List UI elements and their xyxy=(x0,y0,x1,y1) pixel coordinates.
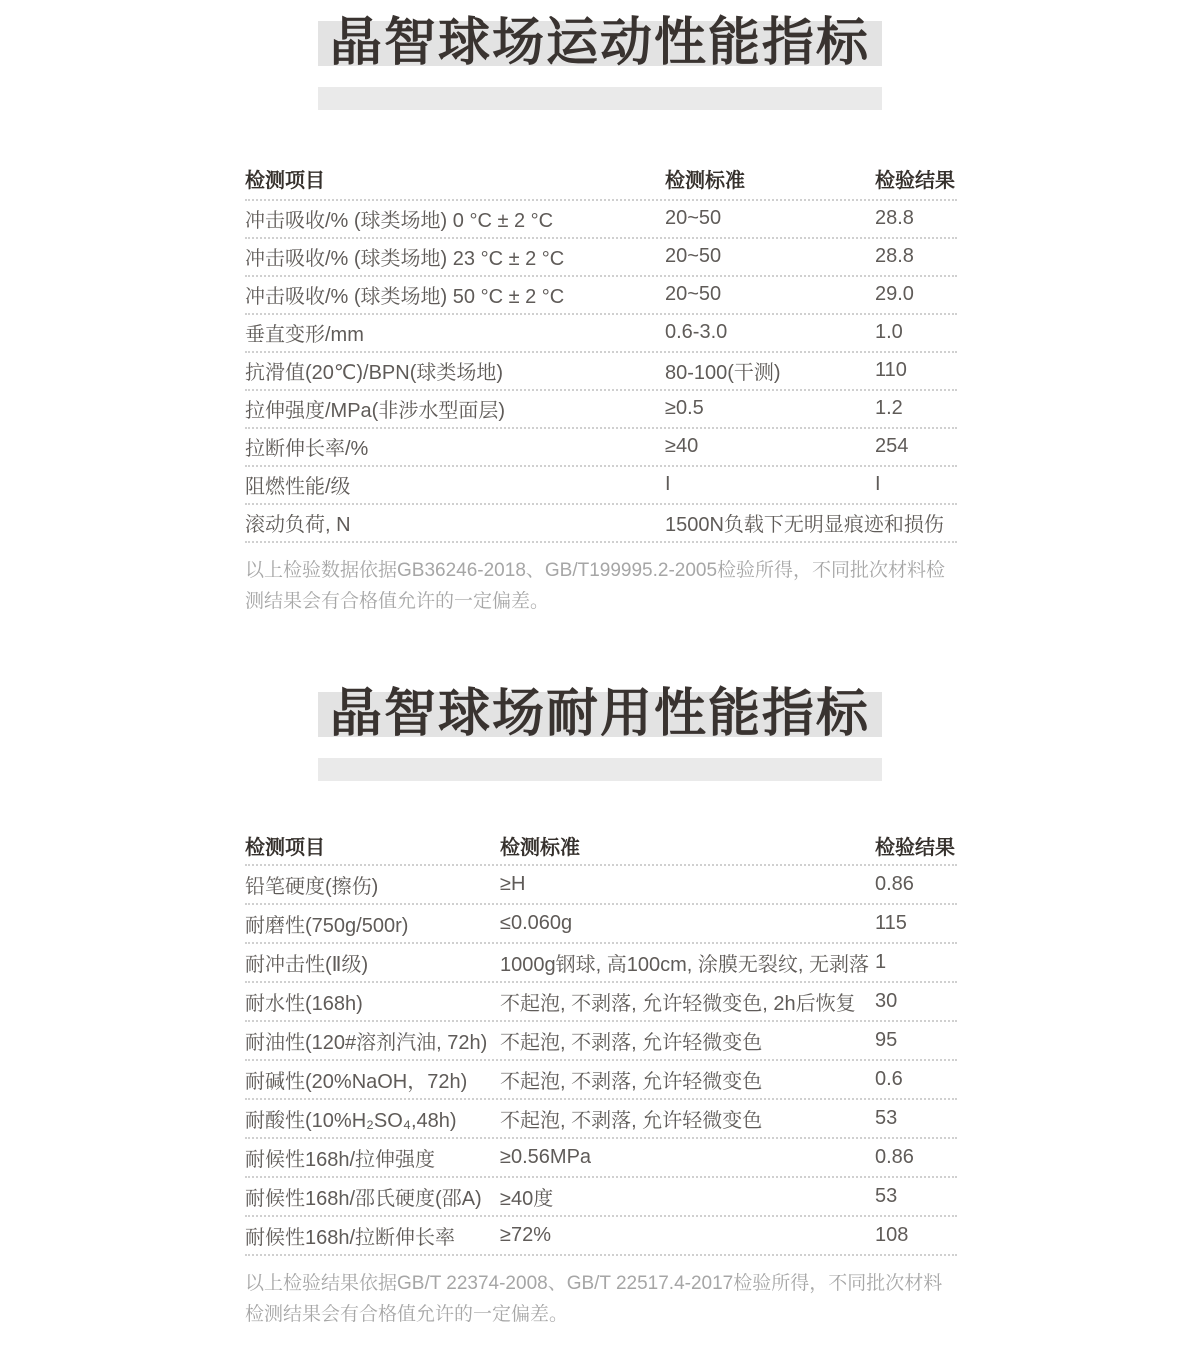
item-cell: 耐水性(168h) xyxy=(245,987,500,1016)
table-row: 拉伸强度/MPa(非涉水型面层) ≥0.5 1.2 xyxy=(245,391,957,429)
standard-cell: 1000g钢球, 高100cm, 涂膜无裂纹, 无剥落 xyxy=(500,948,875,977)
spec-sheet-page: { "colors": { "title_text": "#393330", "… xyxy=(0,0,1200,1355)
header-standard: 检测标准 xyxy=(500,831,875,860)
item-cell: 耐磨性(750g/500r) xyxy=(245,909,500,938)
item-cell: 耐候性168h/邵氏硬度(邵A) xyxy=(245,1182,500,1211)
item-cell: 滚动负荷, N xyxy=(245,508,665,537)
item-cell: 冲击吸收/% (球类场地) 23 °C ± 2 °C xyxy=(245,242,665,271)
item-cell: 冲击吸收/% (球类场地) 0 °C ± 2 °C xyxy=(245,204,665,233)
result-cell: 95 xyxy=(875,1029,957,1052)
result-cell: 0.6 xyxy=(875,1068,957,1091)
result-cell: 1 xyxy=(875,951,957,974)
item-cell: 拉伸强度/MPa(非涉水型面层) xyxy=(245,394,665,423)
result-cell: 110 xyxy=(875,359,957,382)
header-result: 检验结果 xyxy=(875,164,957,193)
standard-cell: 0.6-3.0 xyxy=(665,321,875,344)
section2-title: 晶智球场耐用性能指标 xyxy=(318,685,882,745)
standard-cell: ≥0.5 xyxy=(665,397,875,420)
item-cell: 耐油性(120#溶剂汽油, 72h) xyxy=(245,1026,500,1055)
title-underline-bar xyxy=(318,87,882,110)
result-cell: 0.86 xyxy=(875,873,957,896)
performance-table: 检测项目 检测标准 检验结果 冲击吸收/% (球类场地) 0 °C ± 2 °C… xyxy=(245,159,957,543)
table-row: 耐磨性(750g/500r) ≤0.060g 115 xyxy=(245,905,957,944)
item-cell: 拉断伸长率/% xyxy=(245,432,665,461)
item-cell: 抗滑值(20℃)/BPN(球类场地) xyxy=(245,356,665,385)
section2-footnote: 以上检验结果依据GB/T 22374-2008、GB/T 22517.4-201… xyxy=(245,1268,959,1330)
table-row: 耐冲击性(Ⅱ级) 1000g钢球, 高100cm, 涂膜无裂纹, 无剥落 1 xyxy=(245,944,957,983)
result-cell: 1.2 xyxy=(875,397,957,420)
table-row: 耐碱性(20%NaOH，72h) 不起泡, 不剥落, 允许轻微变色 0.6 xyxy=(245,1061,957,1100)
item-cell: 铅笔硬度(擦伤) xyxy=(245,870,500,899)
item-cell: 冲击吸收/% (球类场地) 50 °C ± 2 °C xyxy=(245,280,665,309)
standard-cell: ≥0.56MPa xyxy=(500,1146,875,1169)
item-cell: 耐酸性(10%H₂SO₄,48h) xyxy=(245,1104,500,1133)
table-row: 滚动负荷, N 1500N负载下无明显痕迹和损伤 xyxy=(245,505,957,543)
table-row: 拉断伸长率/% ≥40 254 xyxy=(245,429,957,467)
standard-cell: 不起泡, 不剥落, 允许轻微变色, 2h后恢复 xyxy=(500,987,875,1016)
item-cell: 耐候性168h/拉伸强度 xyxy=(245,1143,500,1172)
result-cell: 254 xyxy=(875,435,957,458)
table-row: 耐候性168h/拉伸强度 ≥0.56MPa 0.86 xyxy=(245,1139,957,1178)
standard-cell: 不起泡, 不剥落, 允许轻微变色 xyxy=(500,1104,875,1133)
item-cell: 耐候性168h/拉断伸长率 xyxy=(245,1221,500,1250)
result-cell: 1.0 xyxy=(875,321,957,344)
standard-cell: ≤0.060g xyxy=(500,912,875,935)
section2-title-inner: 晶智球场耐用性能指标 xyxy=(318,685,882,781)
item-cell: 垂直变形/mm xyxy=(245,318,665,347)
result-cell: 115 xyxy=(875,912,957,935)
result-cell: 53 xyxy=(875,1185,957,1208)
result-cell: 29.0 xyxy=(875,283,957,306)
result-cell: 28.8 xyxy=(875,245,957,268)
result-cell: 30 xyxy=(875,990,957,1013)
standard-cell: ≥40度 xyxy=(500,1182,875,1211)
table-header-row: 检测项目 检测标准 检验结果 xyxy=(245,159,957,201)
standard-cell: 80-100(干测) xyxy=(665,356,875,385)
result-cell: 53 xyxy=(875,1107,957,1130)
result-cell: 108 xyxy=(875,1224,957,1247)
standard-cell: ≥40 xyxy=(665,435,875,458)
table-row: 抗滑值(20℃)/BPN(球类场地) 80-100(干测) 110 xyxy=(245,353,957,391)
standard-cell: ≥H xyxy=(500,873,875,896)
standard-cell: 20~50 xyxy=(665,207,875,230)
standard-cell: 1500N负载下无明显痕迹和损伤 xyxy=(665,508,875,537)
standard-cell: 20~50 xyxy=(665,283,875,306)
result-cell: I xyxy=(875,473,957,496)
item-cell: 阻燃性能/级 xyxy=(245,470,665,499)
table-row: 耐水性(168h) 不起泡, 不剥落, 允许轻微变色, 2h后恢复 30 xyxy=(245,983,957,1022)
header-item: 检测项目 xyxy=(245,831,500,860)
table-row: 耐候性168h/拉断伸长率 ≥72% 108 xyxy=(245,1217,957,1256)
table-header-row: 检测项目 检测标准 检验结果 xyxy=(245,828,957,866)
table-row: 耐酸性(10%H₂SO₄,48h) 不起泡, 不剥落, 允许轻微变色 53 xyxy=(245,1100,957,1139)
standard-cell: 不起泡, 不剥落, 允许轻微变色 xyxy=(500,1026,875,1055)
section1-footnote: 以上检验数据依据GB36246-2018、GB/T199995.2-2005检验… xyxy=(245,555,959,617)
title-underline-bar xyxy=(318,758,882,781)
result-cell: 0.86 xyxy=(875,1146,957,1169)
header-standard: 检测标准 xyxy=(665,164,875,193)
standard-cell: 不起泡, 不剥落, 允许轻微变色 xyxy=(500,1065,875,1094)
standard-cell: I xyxy=(665,473,875,496)
table-row: 铅笔硬度(擦伤) ≥H 0.86 xyxy=(245,866,957,905)
durability-table: 检测项目 检测标准 检验结果 铅笔硬度(擦伤) ≥H 0.86 耐磨性(750g… xyxy=(245,828,957,1256)
header-item: 检测项目 xyxy=(245,164,665,193)
item-cell: 耐碱性(20%NaOH，72h) xyxy=(245,1065,500,1094)
table-row: 冲击吸收/% (球类场地) 23 °C ± 2 °C 20~50 28.8 xyxy=(245,239,957,277)
table-row: 阻燃性能/级 I I xyxy=(245,467,957,505)
table-row: 耐候性168h/邵氏硬度(邵A) ≥40度 53 xyxy=(245,1178,957,1217)
section1-title-block: 晶智球场运动性能指标 xyxy=(0,0,1200,110)
table-row: 冲击吸收/% (球类场地) 0 °C ± 2 °C 20~50 28.8 xyxy=(245,201,957,239)
section2-title-block: 晶智球场耐用性能指标 xyxy=(0,685,1200,781)
section1-title-inner: 晶智球场运动性能指标 xyxy=(318,14,882,110)
standard-cell: ≥72% xyxy=(500,1224,875,1247)
header-result: 检验结果 xyxy=(875,831,957,860)
table-row: 耐油性(120#溶剂汽油, 72h) 不起泡, 不剥落, 允许轻微变色 95 xyxy=(245,1022,957,1061)
table-row: 垂直变形/mm 0.6-3.0 1.0 xyxy=(245,315,957,353)
standard-cell: 20~50 xyxy=(665,245,875,268)
table-row: 冲击吸收/% (球类场地) 50 °C ± 2 °C 20~50 29.0 xyxy=(245,277,957,315)
section1-title: 晶智球场运动性能指标 xyxy=(318,14,882,74)
item-cell: 耐冲击性(Ⅱ级) xyxy=(245,948,500,977)
result-cell: 28.8 xyxy=(875,207,957,230)
